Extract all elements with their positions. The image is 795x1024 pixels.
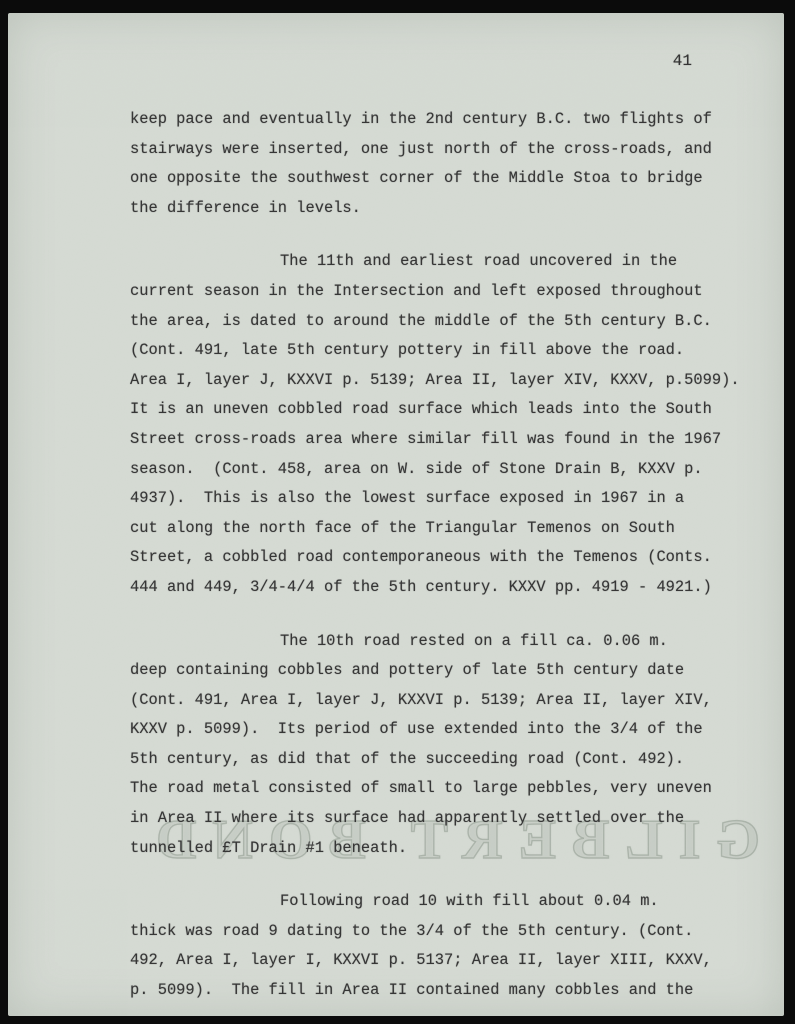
document-page: GILBERT BOND 41 keep pace and eventually… xyxy=(8,13,784,1016)
typed-line: (Cont. 491, Area I, layer J, KXXVI p. 51… xyxy=(130,686,740,716)
typed-line: the difference in levels. xyxy=(130,194,740,224)
paragraph: Following road 10 with fill about 0.04 m… xyxy=(130,887,740,1005)
typed-line: (Cont. 491, late 5th century pottery in … xyxy=(130,336,740,366)
scan-background: GILBERT BOND 41 keep pace and eventually… xyxy=(0,0,795,1024)
paragraph: The 10th road rested on a fill ca. 0.06 … xyxy=(130,627,740,864)
typed-line: Area I, layer J, KXXVI p. 5139; Area II,… xyxy=(130,366,740,396)
typed-line: cut along the north face of the Triangul… xyxy=(130,514,740,544)
typed-line: It is an uneven cobbled road surface whi… xyxy=(130,395,740,425)
typed-line: one opposite the southwest corner of the… xyxy=(130,164,740,194)
typed-line: keep pace and eventually in the 2nd cent… xyxy=(130,105,740,135)
typed-line: tunnelled £T Drain #1 beneath. xyxy=(130,834,740,864)
typed-line: Following road 10 with fill about 0.04 m… xyxy=(130,887,740,917)
typed-line: in Area II where its surface had apparen… xyxy=(130,804,740,834)
typed-line: deep containing cobbles and pottery of l… xyxy=(130,656,740,686)
typed-line: KXXV p. 5099). Its period of use extende… xyxy=(130,715,740,745)
typed-line: Street cross-roads area where similar fi… xyxy=(130,425,740,455)
typed-line: 492, Area I, layer I, KXXVI p. 5137; Are… xyxy=(130,946,740,976)
typed-text-body: keep pace and eventually in the 2nd cent… xyxy=(130,105,740,1006)
typed-line: 5th century, as did that of the succeedi… xyxy=(130,745,740,775)
typed-line: 4937). This is also the lowest surface e… xyxy=(130,484,740,514)
typed-line: stairways were inserted, one just north … xyxy=(130,135,740,165)
typed-line: The road metal consisted of small to lar… xyxy=(130,774,740,804)
typed-line: current season in the Intersection and l… xyxy=(130,277,740,307)
typed-line: The 10th road rested on a fill ca. 0.06 … xyxy=(130,627,740,657)
typed-line: p. 5099). The fill in Area II contained … xyxy=(130,976,740,1006)
typed-line: season. (Cont. 458, area on W. side of S… xyxy=(130,455,740,485)
typed-line: the area, is dated to around the middle … xyxy=(130,307,740,337)
typed-line: thick was road 9 dating to the 3/4 of th… xyxy=(130,917,740,947)
paragraph: The 11th and earliest road uncovered in … xyxy=(130,247,740,602)
page-number: 41 xyxy=(673,52,692,70)
paragraph: keep pace and eventually in the 2nd cent… xyxy=(130,105,740,223)
typed-line: The 11th and earliest road uncovered in … xyxy=(130,247,740,277)
typed-line: Street, a cobbled road contemporaneous w… xyxy=(130,543,740,573)
typed-line: 444 and 449, 3/4-4/4 of the 5th century.… xyxy=(130,573,740,603)
